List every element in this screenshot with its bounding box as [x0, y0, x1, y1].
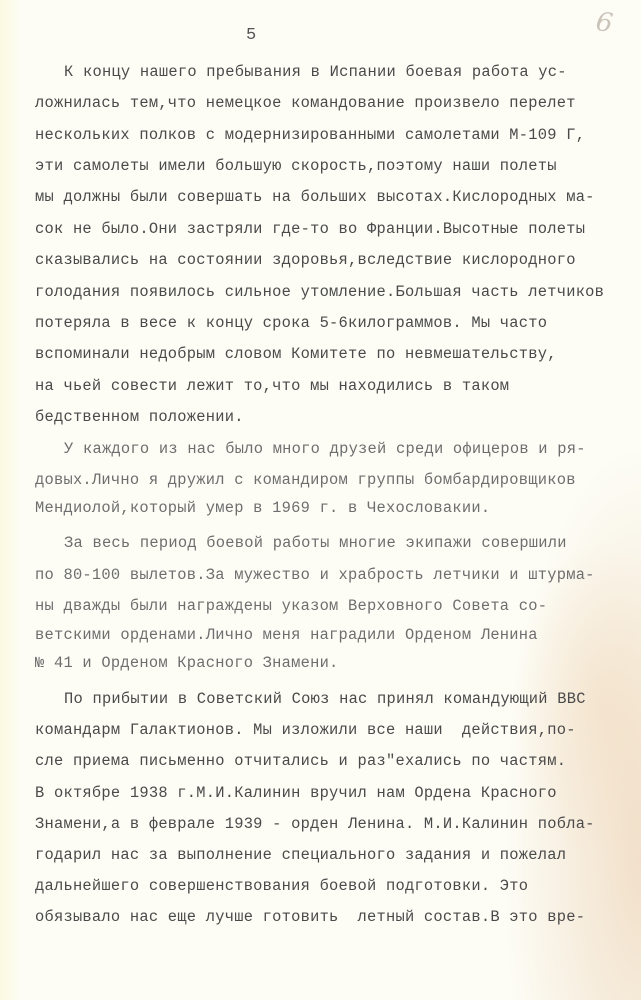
text-line: ны дважды были награждены указом Верховн… — [35, 596, 547, 616]
text-line: голодания появилось сильное утомление.Бо… — [35, 282, 604, 302]
text-line: сок не было.Они застряли где-то во Франц… — [35, 219, 585, 239]
text-line: командарм Галактионов. Мы изложили все н… — [35, 720, 576, 740]
text-line: по 80-100 вылетов.За мужество и храброст… — [35, 565, 595, 585]
text-line: довых.Лично я дружил с командиром группы… — [35, 470, 576, 490]
text-line: мы должны были совершать на больших высо… — [35, 187, 595, 207]
text-line: нескольких полков с модернизированными с… — [35, 125, 585, 145]
text-line: За весь период боевой работы многие экип… — [64, 533, 567, 553]
text-line: годарил нас за выполнение специального з… — [35, 845, 566, 865]
text-line: бедственном положении. — [35, 407, 244, 427]
text-line: Знамени,а в феврале 1939 - орден Ленина.… — [35, 814, 595, 834]
text-line: У каждого из нас было много друзей среди… — [64, 439, 586, 459]
text-line: В октябре 1938 г.М.И.Калинин вручил нам … — [35, 783, 557, 803]
text-line: ложнилась тем,что немецкое командование … — [35, 93, 576, 113]
text-line: вспоминали недобрым словом Комитете по н… — [35, 344, 557, 364]
text-line: № 41 и Орденом Красного Знамени. — [35, 653, 339, 673]
text-line: сле приема письменно отчитались и раз"ех… — [35, 751, 566, 771]
text-line: ветскими орденами.Лично меня наградили О… — [35, 625, 538, 645]
text-line: на чьей совести лежит то,что мы находили… — [35, 376, 509, 396]
text-line: Мендиолой,который умер в 1969 г. в Чехос… — [35, 498, 490, 518]
text-line: По прибытии в Советский Союз нас принял … — [64, 689, 586, 709]
text-line: обязывало нас еще лучше готовить летный … — [35, 907, 585, 927]
text-line: К концу нашего пребывания в Испании боев… — [64, 62, 567, 82]
text-line: сказывались на состоянии здоровья,вследс… — [35, 250, 576, 270]
text-line: дальнейшего совершенствования боевой под… — [35, 876, 528, 896]
text-line: потеряла в весе к концу срока 5-6килогра… — [35, 313, 547, 333]
text-line: эти самолеты имели большую скорость,поэт… — [35, 156, 557, 176]
page-number: 5 — [246, 26, 256, 45]
